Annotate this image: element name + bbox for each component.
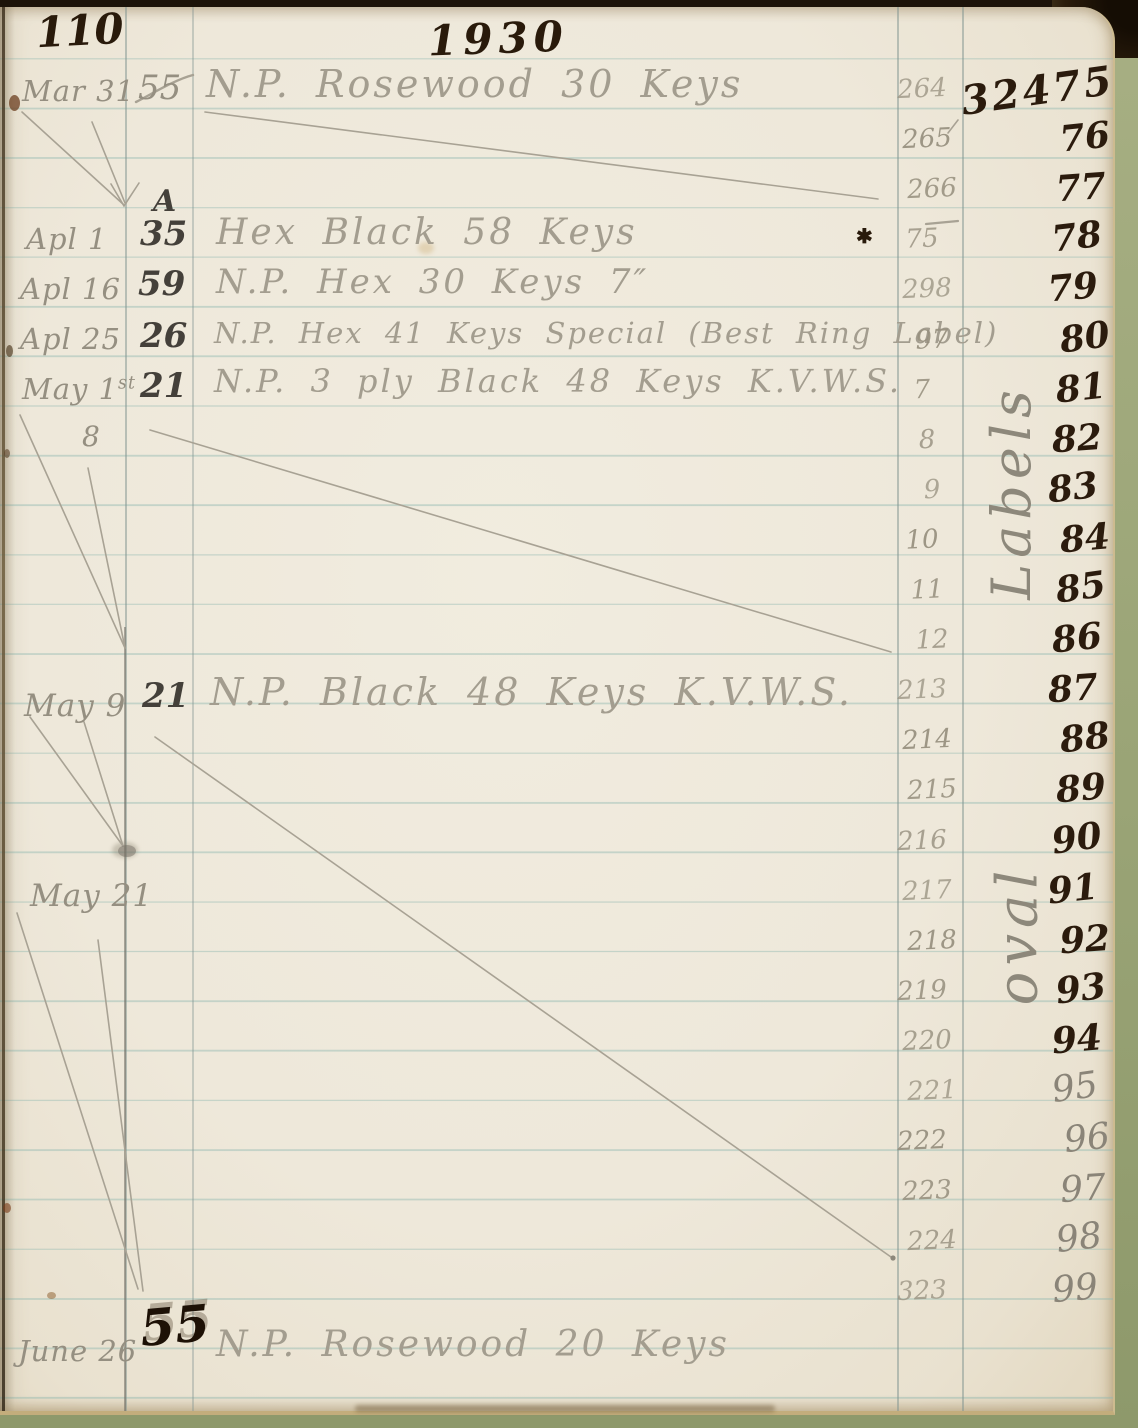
serial-number: 91	[1008, 865, 1100, 916]
job-number: 217	[895, 874, 958, 907]
job-number: 266	[900, 173, 963, 206]
entry-qty: 59	[138, 264, 185, 304]
job-number: 221	[900, 1075, 963, 1108]
job-number: 218	[900, 924, 963, 957]
entry-desc: Hex Black 58 Keys	[216, 212, 638, 253]
entry-date: Apl 1	[26, 222, 107, 256]
serial-number: 97	[1017, 1167, 1108, 1214]
arrow-may9	[30, 717, 123, 846]
arrow-may1	[20, 415, 125, 648]
entry-desc: N.P. Hex 30 Keys 7″	[216, 262, 649, 302]
allocation-line-mar31	[205, 112, 878, 199]
entry-date: May 21	[30, 878, 153, 914]
serial-number: 99	[1008, 1267, 1099, 1316]
job-number: 220	[895, 1024, 958, 1057]
serial-number: 92	[1021, 917, 1112, 965]
entry-date-8: 8	[82, 420, 100, 453]
serial-number: 79	[1008, 265, 1099, 315]
entry-desc: N.P. 3 ply Black 48 Keys K.V.W.S.	[214, 362, 902, 400]
job-number: 12	[900, 624, 963, 657]
job-number: 8	[895, 423, 958, 456]
line-end-dot	[890, 1255, 895, 1260]
job-number: 11	[895, 574, 958, 607]
star-mark: ✱	[856, 224, 873, 248]
entry-date: Apl 25	[20, 322, 121, 356]
job-number: 7	[890, 373, 953, 406]
job-number: 223	[895, 1175, 958, 1208]
allocation-line-may1	[150, 430, 891, 652]
entry-desc: N.P. Black 48 Keys K.V.W.S.	[210, 670, 853, 714]
ledger-scan: 110 1930 Mar 31 55 N.P. Rosewood 30 Keys…	[0, 0, 1138, 1428]
job-number: 298	[895, 273, 958, 306]
job-number: 222	[890, 1125, 953, 1158]
entry-date: June 26	[18, 1334, 137, 1368]
job-number: 215	[900, 774, 963, 807]
entry-qty: 21	[142, 676, 189, 716]
entry-desc: N.P. Rosewood 30 Keys	[206, 62, 743, 106]
job-number: 216	[890, 824, 953, 857]
job-number: 213	[890, 674, 953, 707]
entry-qty: 35	[140, 214, 187, 254]
entry-qty: 21	[140, 366, 187, 406]
serial-number: 81	[1016, 364, 1108, 415]
page-number: 110	[35, 4, 125, 58]
serial-number: 87	[1009, 666, 1100, 714]
job-number: 323	[890, 1275, 953, 1308]
job-number: 10	[890, 523, 953, 556]
job-number: 75	[890, 223, 953, 256]
entry-desc: N.P. Rosewood 20 Keys	[216, 1324, 730, 1365]
arrow-may21	[17, 913, 143, 1291]
job-number: 264	[890, 73, 953, 106]
arrow-mar31	[22, 112, 139, 206]
serial-number: 84	[1020, 515, 1111, 565]
serial-number: 94	[1012, 1016, 1103, 1066]
job-number: 224	[900, 1225, 963, 1258]
serial-number: 89	[1016, 766, 1107, 816]
allocation-line-may9	[155, 737, 891, 1257]
job-number: 219	[890, 974, 953, 1007]
entry-date: May 9	[24, 688, 126, 724]
serial-number: 77	[1017, 165, 1108, 213]
job-number: 265	[895, 123, 958, 156]
entry-qty: 26	[140, 316, 187, 356]
job-number: 97	[900, 323, 963, 356]
job-number: 9	[900, 473, 963, 506]
entry-date: Mar 31	[22, 74, 135, 108]
entry-date: Apl 16	[20, 272, 121, 306]
serial-number: 82	[1013, 416, 1104, 464]
entry-desc: N.P. Hex 41 Keys Special (Best Ring Labe…	[214, 316, 998, 350]
date-suffix: st	[118, 373, 136, 393]
pencil-smudge-dot	[118, 845, 136, 857]
entry-date: May 1st	[22, 372, 136, 406]
job-number: 214	[895, 724, 958, 757]
entry-qty-struck: 55	[138, 68, 181, 108]
year-heading: 1930	[427, 12, 570, 66]
entry-qty-ink: 55	[138, 1293, 212, 1358]
